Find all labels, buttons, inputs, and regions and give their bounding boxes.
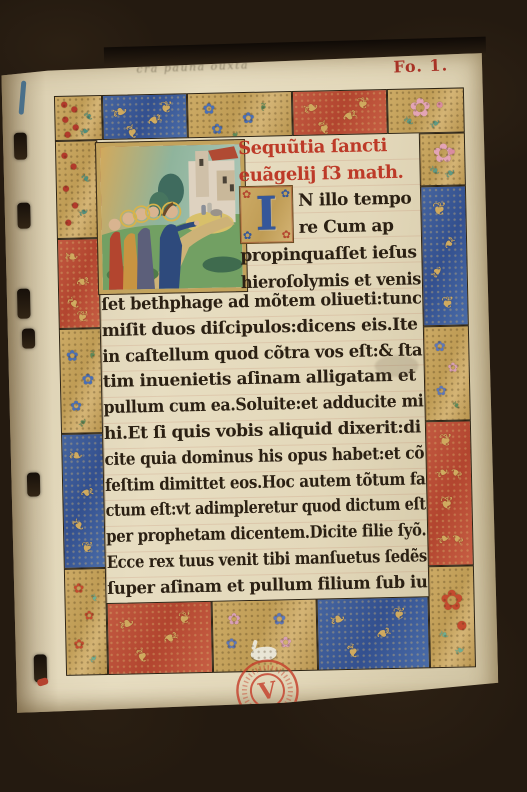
border-panel-bottom-1-scroll: ❧❧❧❦ [107, 601, 213, 675]
text-line: propinquaſſet ieſus [240, 242, 421, 272]
border-panel-top-4-scroll: ❧❧❧❦ [292, 89, 388, 136]
binding-gutter [0, 62, 59, 713]
initial-flower-icon: ✿ [243, 230, 252, 241]
candelabra-motif-icon: ❧ [448, 528, 467, 548]
pansies-motif-icon: ❧ [448, 398, 462, 412]
border-panel-right-1-pinkflower: ✿●❧❧ [419, 132, 466, 186]
border-panel-top-corner-left-berries: ●●●●●❧❧ [54, 95, 103, 141]
scroll-motif-icon: ❧ [109, 99, 132, 124]
blueflowers-motif-icon: ✿ [203, 101, 216, 116]
pinkflower-motif-icon: ❧ [399, 113, 416, 131]
foliage-motif-icon: ❧ [72, 269, 93, 291]
photograph-of-manuscript: { "photo": { "backdrop_color": "#241a10"… [0, 0, 527, 792]
foliage-motif-icon: ❧ [64, 248, 79, 266]
berries-motif-icon: ● [65, 218, 72, 226]
miniature-painting [96, 140, 247, 294]
foliage-motif-icon: ❧ [68, 448, 83, 466]
redflowers-motif-icon: ✿ [74, 639, 85, 652]
berries-motif-icon: ❧ [77, 124, 93, 141]
dragons-motif-icon: ❦ [432, 201, 447, 219]
border-panel-left-1-berries: ●●●●●❧❧ [55, 140, 99, 239]
candelabra-motif-icon: ❦ [438, 433, 453, 450]
border-panel-top-2-scroll: ❧❧❧❦ [102, 93, 188, 140]
redflowers-motif-icon: ✿ [84, 609, 94, 621]
text-line: N illo tempo [298, 188, 419, 217]
border-panel-top-corner-right-pinkflower: ✿●❧❧ [387, 87, 465, 134]
rubric-line: Sequũtia ſancti [238, 134, 419, 164]
border-panel-left-5-redflowers: ✿✿✿❧❧ [64, 568, 108, 676]
folio-number: Fo. 1. [393, 55, 464, 77]
border-panel-left-2-foliage: ❧❧❧❦ [57, 238, 101, 329]
blueflowers-motif-icon: ✿ [211, 123, 223, 137]
dragons-motif-icon: ❧ [438, 232, 460, 253]
sewing-slot [14, 133, 28, 160]
pinkflower-motif-icon: ● [436, 101, 443, 109]
initial-flower-icon: ✿ [281, 188, 290, 199]
berries-motif-icon: ● [62, 185, 69, 193]
scroll-motif-icon: ❧ [341, 639, 367, 664]
scroll-motif-icon: ❧ [129, 643, 155, 668]
berries-motif-icon: ● [62, 116, 69, 124]
redflowers-motif-icon: ❧ [86, 652, 100, 666]
pansies-motif-icon: ✿ [436, 385, 447, 398]
blueflowers-motif-icon: ❧ [75, 415, 90, 430]
berries-motif-icon: ❧ [77, 170, 94, 187]
foliage-motif-icon: ❦ [81, 541, 94, 556]
border-panel-left-3-blueflowers: ✿✿✿❧❧ [59, 328, 103, 434]
scroll-motif-icon: ❧ [158, 625, 183, 651]
border-panel-bottom-3-scroll: ❧❧❧❦ [317, 596, 430, 670]
illuminated-initial: I ✿ ✿ ✿ ✿ [239, 185, 294, 244]
blueflowers-motif-icon: ✿ [70, 400, 82, 414]
dragons-motif-icon: ❦ [441, 294, 455, 310]
initial-letter-glyph: I [255, 186, 278, 240]
initial-flower-icon: ✿ [242, 189, 251, 200]
berries-motif-icon: ● [70, 163, 77, 171]
berries-motif-icon: ● [61, 101, 68, 109]
blueflowers-motif-icon: ✿ [66, 348, 79, 363]
scroll-motif-icon: ❦ [356, 96, 370, 112]
miniature-scene [100, 144, 243, 290]
initial-flower-icon: ✿ [282, 229, 291, 240]
text-line: re Cum ap [299, 215, 420, 244]
candelabra-motif-icon: ❦ [440, 496, 455, 513]
berries-motif-icon: ● [71, 106, 78, 114]
poppy-motif-icon: ❧ [436, 628, 451, 644]
pansies-motif-icon: ✿ [434, 340, 446, 354]
border-panel-right-2-dragons: ❦❧❧❦ [420, 185, 469, 326]
blueflowers-motif-icon: ✿ [242, 111, 255, 126]
candelabra-motif-icon: ❧ [447, 462, 466, 482]
border-panel-right-5-poppy: ✿●❧❧ [428, 565, 476, 668]
scroll-motif-icon: ❧ [371, 621, 396, 647]
poppy-motif-icon: ❧ [452, 643, 468, 660]
pansies-motif-icon: ✿ [447, 362, 458, 375]
manuscript-page: cra pauna ouxta Fo. 1. ●●●●●❧❧❧❧❧❦✿✿✿❧❧❧… [0, 53, 499, 713]
blueflowers-motif-icon: ✿ [82, 372, 95, 387]
sewing-slot [17, 289, 31, 319]
poppy-motif-icon: ✿ [440, 587, 464, 615]
sewing-slot [27, 472, 40, 496]
foliage-motif-icon: ❧ [76, 480, 97, 502]
scroll-motif-icon: ❦ [178, 611, 192, 627]
foliage-motif-icon: ❦ [76, 310, 89, 325]
scroll-motif-icon: ❧ [326, 607, 349, 632]
pinkflower-motif-icon: ● [448, 148, 455, 156]
scroll-motif-icon: ❦ [393, 606, 407, 622]
columbine-motif-icon: ✿ [227, 611, 241, 627]
scroll-motif-icon: ❦ [159, 100, 173, 116]
border-panel-top-3-blueflowers: ✿✿✿❧❧ [187, 91, 293, 138]
redflowers-motif-icon: ✿ [73, 582, 84, 595]
redflowers-motif-icon: ❧ [87, 591, 101, 605]
sewing-slot [17, 203, 31, 229]
library-stamp: V [227, 651, 307, 731]
berries-motif-icon: ● [64, 131, 71, 139]
berries-motif-icon: ● [61, 151, 68, 159]
scroll-motif-icon: ❧ [299, 95, 322, 120]
columbine-motif-icon: ✿ [279, 635, 292, 650]
border-panel-right-4-candelabra: ❦❧❧❦❧❧ [425, 420, 474, 566]
blueflowers-motif-icon: ❧ [86, 349, 98, 359]
dragons-motif-icon: ❧ [427, 262, 449, 283]
foliage-motif-icon: ❧ [66, 514, 89, 537]
blueflowers-motif-icon: ❧ [257, 101, 269, 111]
berries-motif-icon: ❧ [79, 108, 96, 125]
columbine-motif-icon: ✿ [273, 611, 287, 627]
columbine-motif-icon: ✿ [226, 638, 238, 652]
gospel-text-block: ſet bethphage ad mõtem oliueti:tuncmiſit… [101, 286, 427, 602]
berries-motif-icon: ❧ [76, 205, 92, 222]
border-panel-right-3-pansies: ✿✿✿❧ [423, 325, 471, 421]
poppy-motif-icon: ● [456, 618, 467, 630]
scroll-motif-icon: ❧ [115, 611, 138, 636]
svg-text:V: V [256, 676, 280, 706]
border-panel-left-4-foliage: ❧❧❧❦ [61, 433, 106, 569]
sewing-slot [22, 328, 35, 348]
